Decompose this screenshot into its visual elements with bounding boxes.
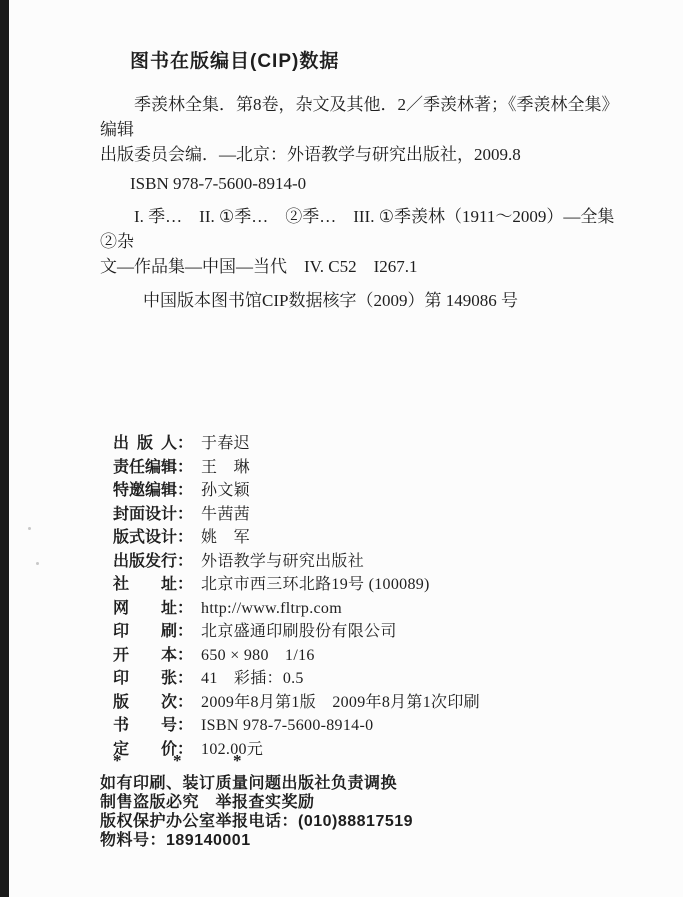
colophon-row-cover-design: 封面设计：牛茜茜 [113,503,480,527]
colophon-value: 北京盛通印刷股份有限公司 [201,620,397,644]
cip-data-block: 图书在版编目(CIP)数据 季羡林全集．第8卷，杂文及其他．2／季羡林著；《季羡… [100,50,635,313]
cip-description: 季羡林全集．第8卷，杂文及其他．2／季羡林著；《季羡林全集》编辑 出版委员会编．… [100,92,635,167]
colophon-label: 封面设计 [113,503,177,527]
colophon-value: 于春迟 [201,432,250,456]
colophon-colon: ： [177,620,193,644]
notice-line-material-number: 物料号：189140001 [100,831,413,850]
cip-classification-line-2: 文—作品集—中国—当代 IV. C52 I267.1 [100,254,635,279]
colophon-value: 2009年8月第1版 2009年8月第1次印刷 [201,691,480,715]
colophon-row-guest-editor: 特邀编辑：孙文颖 [113,479,480,503]
separator-star: * [113,752,173,770]
colophon-row-format: 开本：650 × 980 1/16 [113,644,480,668]
colophon-value: 外语教学与研究出版社 [201,550,364,574]
colophon-value: 北京市西三环北路19号 (100089) [201,573,430,597]
scan-speck [28,527,31,530]
colophon-value: 牛茜茜 [201,503,250,527]
colophon-label: 出版人 [113,432,177,456]
colophon-row-website: 网址：http://www.fltrp.com [113,597,480,621]
colophon-label: 印刷 [113,620,177,644]
colophon-value: 孙文颖 [201,479,250,503]
copyright-page: 图书在版编目(CIP)数据 季羡林全集．第8卷，杂文及其他．2／季羡林著；《季羡… [0,0,683,897]
notice-line-hotline: 版权保护办公室举报电话：(010)88817519 [100,812,413,831]
colophon-value: 姚 军 [201,526,250,550]
colophon-colon: ： [177,432,193,456]
cip-classification-line-1: I. 季… II. ①季… ②季… III. ①季羡林（1911～2009）—全… [100,204,635,254]
colophon-label: 开本 [113,644,177,668]
colophon-label: 印张 [113,667,177,691]
separator-star: * [173,752,233,770]
separator-star: * [233,752,293,770]
cip-description-line-1: 季羡林全集．第8卷，杂文及其他．2／季羡林著；《季羡林全集》编辑 [100,92,635,142]
colophon-value: 王 琳 [201,456,250,480]
colophon-label: 版式设计 [113,526,177,550]
colophon-colon: ： [177,503,193,527]
colophon-label: 责任编辑 [113,456,177,480]
cip-classification: I. 季… II. ①季… ②季… III. ①季羡林（1911～2009）—全… [100,204,635,279]
colophon-label: 特邀编辑 [113,479,177,503]
colophon-value: 41 彩插：0.5 [201,667,304,691]
isbn-line: ISBN 978-7-5600-8914-0 [130,171,635,196]
scan-speck [36,562,39,565]
colophon-colon: ： [177,667,193,691]
colophon-colon: ： [177,456,193,480]
colophon-value: 650 × 980 1/16 [201,644,315,668]
notice-line-piracy: 制售盗版必究 举报查实奖励 [100,793,413,812]
colophon-label: 版次 [113,691,177,715]
colophon-label: 网址 [113,597,177,621]
colophon-value: ISBN 978-7-5600-8914-0 [201,714,373,738]
colophon-colon: ： [177,573,193,597]
colophon-row-publisher-person: 出版人：于春迟 [113,432,480,456]
colophon-value-url: http://www.fltrp.com [201,597,342,621]
colophon-row-address: 社址：北京市西三环北路19号 (100089) [113,573,480,597]
colophon-colon: ： [177,691,193,715]
colophon-row-sheets: 印张：41 彩插：0.5 [113,667,480,691]
colophon-row-publisher: 出版发行：外语教学与研究出版社 [113,550,480,574]
colophon-row-printer: 印刷：北京盛通印刷股份有限公司 [113,620,480,644]
colophon-colon: ： [177,644,193,668]
colophon-row-edition: 版次：2009年8月第1版 2009年8月第1次印刷 [113,691,480,715]
cip-description-line-2: 出版委员会编．—北京：外语教学与研究出版社，2009.8 [100,142,635,167]
colophon-label: 书号 [113,714,177,738]
scan-edge-artifact [0,0,9,897]
colophon-colon: ： [177,714,193,738]
colophon-colon: ： [177,550,193,574]
colophon-row-layout-design: 版式设计：姚 军 [113,526,480,550]
cip-heading: 图书在版编目(CIP)数据 [130,50,635,74]
notices-block: 如有印刷、装订质量问题出版社负责调换 制售盗版必究 举报查实奖励 版权保护办公室… [100,774,413,850]
colophon-list: 出版人：于春迟 责任编辑：王 琳 特邀编辑：孙文颖 封面设计：牛茜茜 版式设计：… [113,432,480,761]
colophon-row-editor: 责任编辑：王 琳 [113,456,480,480]
colophon-label: 出版发行 [113,550,177,574]
colophon-row-book-number: 书号：ISBN 978-7-5600-8914-0 [113,714,480,738]
colophon-label: 社址 [113,573,177,597]
section-separator: *** [113,752,293,770]
cip-registry-line: 中国版本图书馆CIP数据核字（2009）第 149086 号 [143,288,635,313]
colophon-colon: ： [177,479,193,503]
colophon-colon: ： [177,526,193,550]
colophon-colon: ： [177,597,193,621]
notice-line-print-quality: 如有印刷、装订质量问题出版社负责调换 [100,774,413,793]
